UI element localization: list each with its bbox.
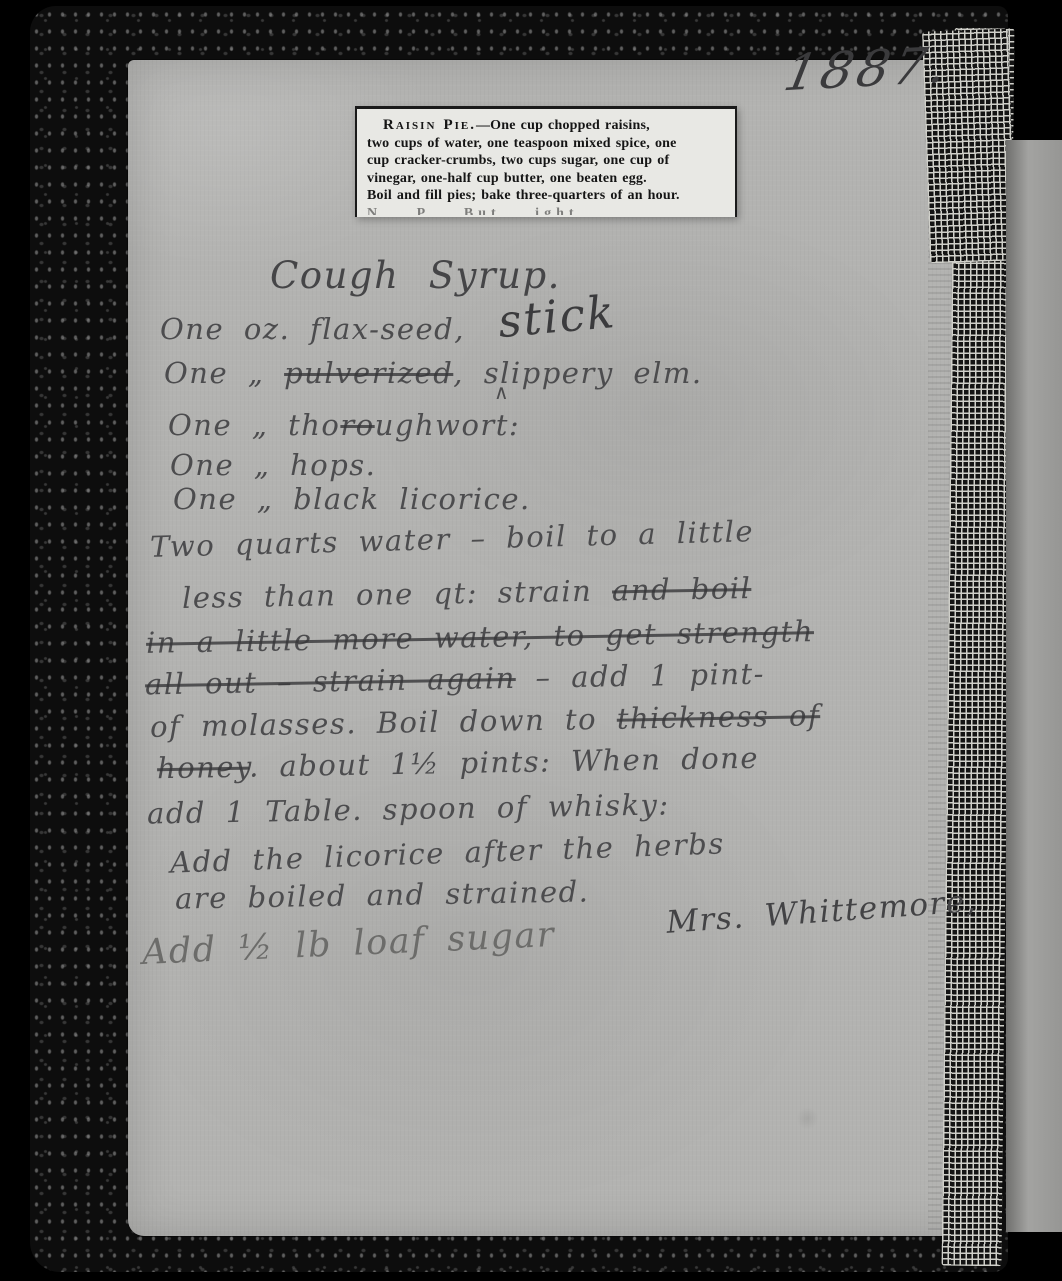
struck-text: thickness of: [616, 698, 820, 736]
struck-text: pulverized: [284, 356, 453, 390]
clipping-line: cup cracker-crumbs, two cups sugar, one …: [367, 152, 725, 170]
struck-text: all out – strain again: [145, 661, 516, 701]
handwriting-text: – add 1 pint-: [515, 657, 765, 695]
handwritten-year: 1887.: [779, 36, 955, 102]
handwriting-line: One „ thoroughwort:: [168, 408, 520, 442]
book-scan-photo: 1887. Raisin Pie.—One cup chopped raisin…: [0, 0, 1062, 1281]
struck-text: and boil: [612, 571, 752, 607]
handwriting-text: One oz. flax-seed,: [160, 312, 465, 346]
struck-text: ro: [340, 408, 374, 442]
handwriting-line: are boiled and strained.: [175, 874, 590, 915]
handwriting-text: One „ hops.: [170, 448, 376, 482]
handwriting-text: ughwort:: [375, 408, 521, 442]
clipping-cut-line: N P But ight: [367, 205, 725, 215]
newspaper-clipping: Raisin Pie.—One cup chopped raisins, two…: [355, 106, 737, 217]
handwriting-text: One „: [164, 356, 284, 390]
clipping-heading: Raisin Pie.: [383, 117, 476, 133]
handwriting-text: One „ black licorice.: [173, 482, 531, 516]
recipe-title: Cough Syrup.: [270, 254, 561, 297]
clipping-line: two cups of water, one teaspoon mixed sp…: [367, 135, 725, 153]
handwriting-line: One „ pulverized, slippery elm.: [164, 356, 703, 390]
handwriting-line: One „ black licorice.: [173, 482, 531, 516]
inserted-word: stick: [496, 285, 618, 348]
clipping-line: Raisin Pie.—One cup chopped raisins,: [367, 117, 725, 135]
page-block-fore-edge: [1006, 140, 1062, 1232]
clipping-line: vinegar, one-half cup butter, one beaten…: [367, 170, 725, 188]
handwriting-text: are boiled and strained.: [175, 874, 590, 915]
handwriting-line: One „ hops.: [170, 448, 376, 482]
handwriting-text: , slippery elm.: [453, 356, 702, 390]
clipping-line: Boil and fill pies; bake three-quarters …: [367, 187, 725, 205]
handwriting-text: One „ tho: [168, 408, 340, 442]
struck-text: honey: [157, 750, 250, 786]
handwriting-line: One oz. flax-seed,: [160, 312, 465, 346]
clipping-heading-rest: —One cup chopped raisins,: [476, 118, 650, 133]
